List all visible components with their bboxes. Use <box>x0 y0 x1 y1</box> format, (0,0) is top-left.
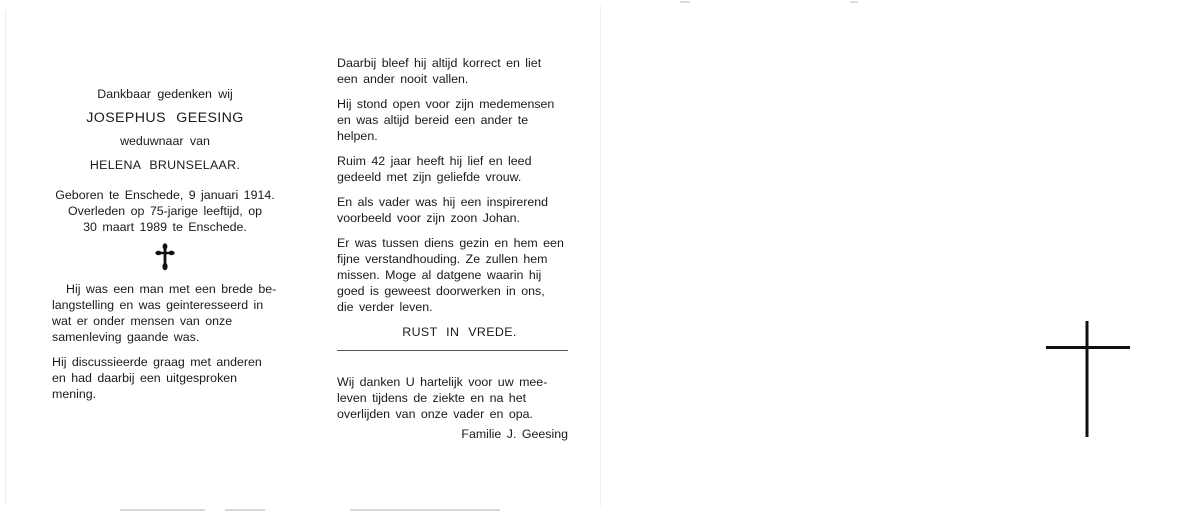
text-line: missen. Moge al datgene waarin hij <box>337 267 568 283</box>
death-line-2: 30 maart 1989 te Enschede. <box>52 219 278 235</box>
family-signature: Familie J. Geesing <box>337 426 568 442</box>
text-line: samenleving gaande was. <box>52 329 278 345</box>
text-line: overlijden van onze vader en opa. <box>337 406 568 422</box>
text-line: helpen. <box>337 128 568 144</box>
memorial-card: Dankbaar gedenken wij JOSEPHUS GEESING w… <box>0 0 1200 513</box>
scan-mark <box>680 1 690 3</box>
paragraph-correct: Daarbij bleef hij altijd korrect en liet… <box>337 55 568 87</box>
paragraph-thanks: Wij danken U hartelijk voor uw mee- leve… <box>337 374 568 422</box>
text-line: Daarbij bleef hij altijd korrect en liet <box>337 55 568 71</box>
text-line: Hij was een man met een brede be- <box>52 281 278 297</box>
text-line: leven tijdens de ziekte en na het <box>337 390 568 406</box>
scan-mark <box>120 509 205 511</box>
paragraph-marriage: Ruim 42 jaar heeft hij lief en leed gede… <box>337 153 568 185</box>
text-line: en had daarbij een uitgesproken <box>52 370 278 386</box>
text-line: voorbeeld voor zijn zoon Johan. <box>337 210 568 226</box>
divider <box>337 350 568 351</box>
scan-mark <box>225 509 265 511</box>
scan-mark <box>850 1 858 3</box>
paragraph-discussion: Hij discussieerde graag met anderen en h… <box>52 354 278 402</box>
text-line: een ander nooit vallen. <box>337 71 568 87</box>
paragraph-family: Er was tussen diens gezin en hem een fij… <box>337 235 568 315</box>
scan-mark <box>350 509 500 511</box>
rest-in-peace: RUST IN VREDE. <box>337 324 568 340</box>
text-line: Ruim 42 jaar heeft hij lief en leed <box>337 153 568 169</box>
text-line: die verder leven. <box>337 299 568 315</box>
text-line: En als vader was hij een inspirerend <box>337 194 568 210</box>
text-line: wat er onder mensen van onze <box>52 313 278 329</box>
text-line: mening. <box>52 386 278 402</box>
latin-cross-icon <box>1046 321 1130 437</box>
deceased-name: JOSEPHUS GEESING <box>52 110 278 126</box>
dates-block: Geboren te Enschede, 9 januari 1914. Ove… <box>52 187 278 235</box>
cross-icon <box>155 243 175 271</box>
relation-text: weduwnaar van <box>52 133 278 149</box>
text-line: gedeeld met zijn geliefde vrouw. <box>337 169 568 185</box>
spouse-name: HELENA BRUNSELAAR. <box>52 157 278 173</box>
paragraph-father: En als vader was hij een inspirerend voo… <box>337 194 568 226</box>
card-fold-line <box>600 6 601 506</box>
paragraph-helpful: Hij stond open voor zijn medemensen en w… <box>337 96 568 144</box>
birth-line: Geboren te Enschede, 9 januari 1914. <box>52 187 278 203</box>
text-line: Hij stond open voor zijn medemensen <box>337 96 568 112</box>
text-line: fijne verstandhouding. Ze zullen hem <box>337 251 568 267</box>
text-line: Er was tussen diens gezin en hem een <box>337 235 568 251</box>
paragraph-interests: Hij was een man met een brede be- langst… <box>52 281 278 345</box>
text-line: en was altijd bereid een ander te <box>337 112 568 128</box>
text-line: langstelling en was geinteresseerd in <box>52 297 278 313</box>
text-line: goed is geweest doorwerken in ons, <box>337 283 568 299</box>
text-line: Hij discussieerde graag met anderen <box>52 354 278 370</box>
intro-text: Dankbaar gedenken wij <box>52 86 278 102</box>
text-line: Wij danken U hartelijk voor uw mee- <box>337 374 568 390</box>
death-line-1: Overleden op 75-jarige leeftijd, op <box>52 203 278 219</box>
middle-column: Daarbij bleef hij altijd korrect en liet… <box>337 55 568 442</box>
left-column: Dankbaar gedenken wij JOSEPHUS GEESING w… <box>52 86 278 411</box>
card-edge <box>5 10 6 505</box>
